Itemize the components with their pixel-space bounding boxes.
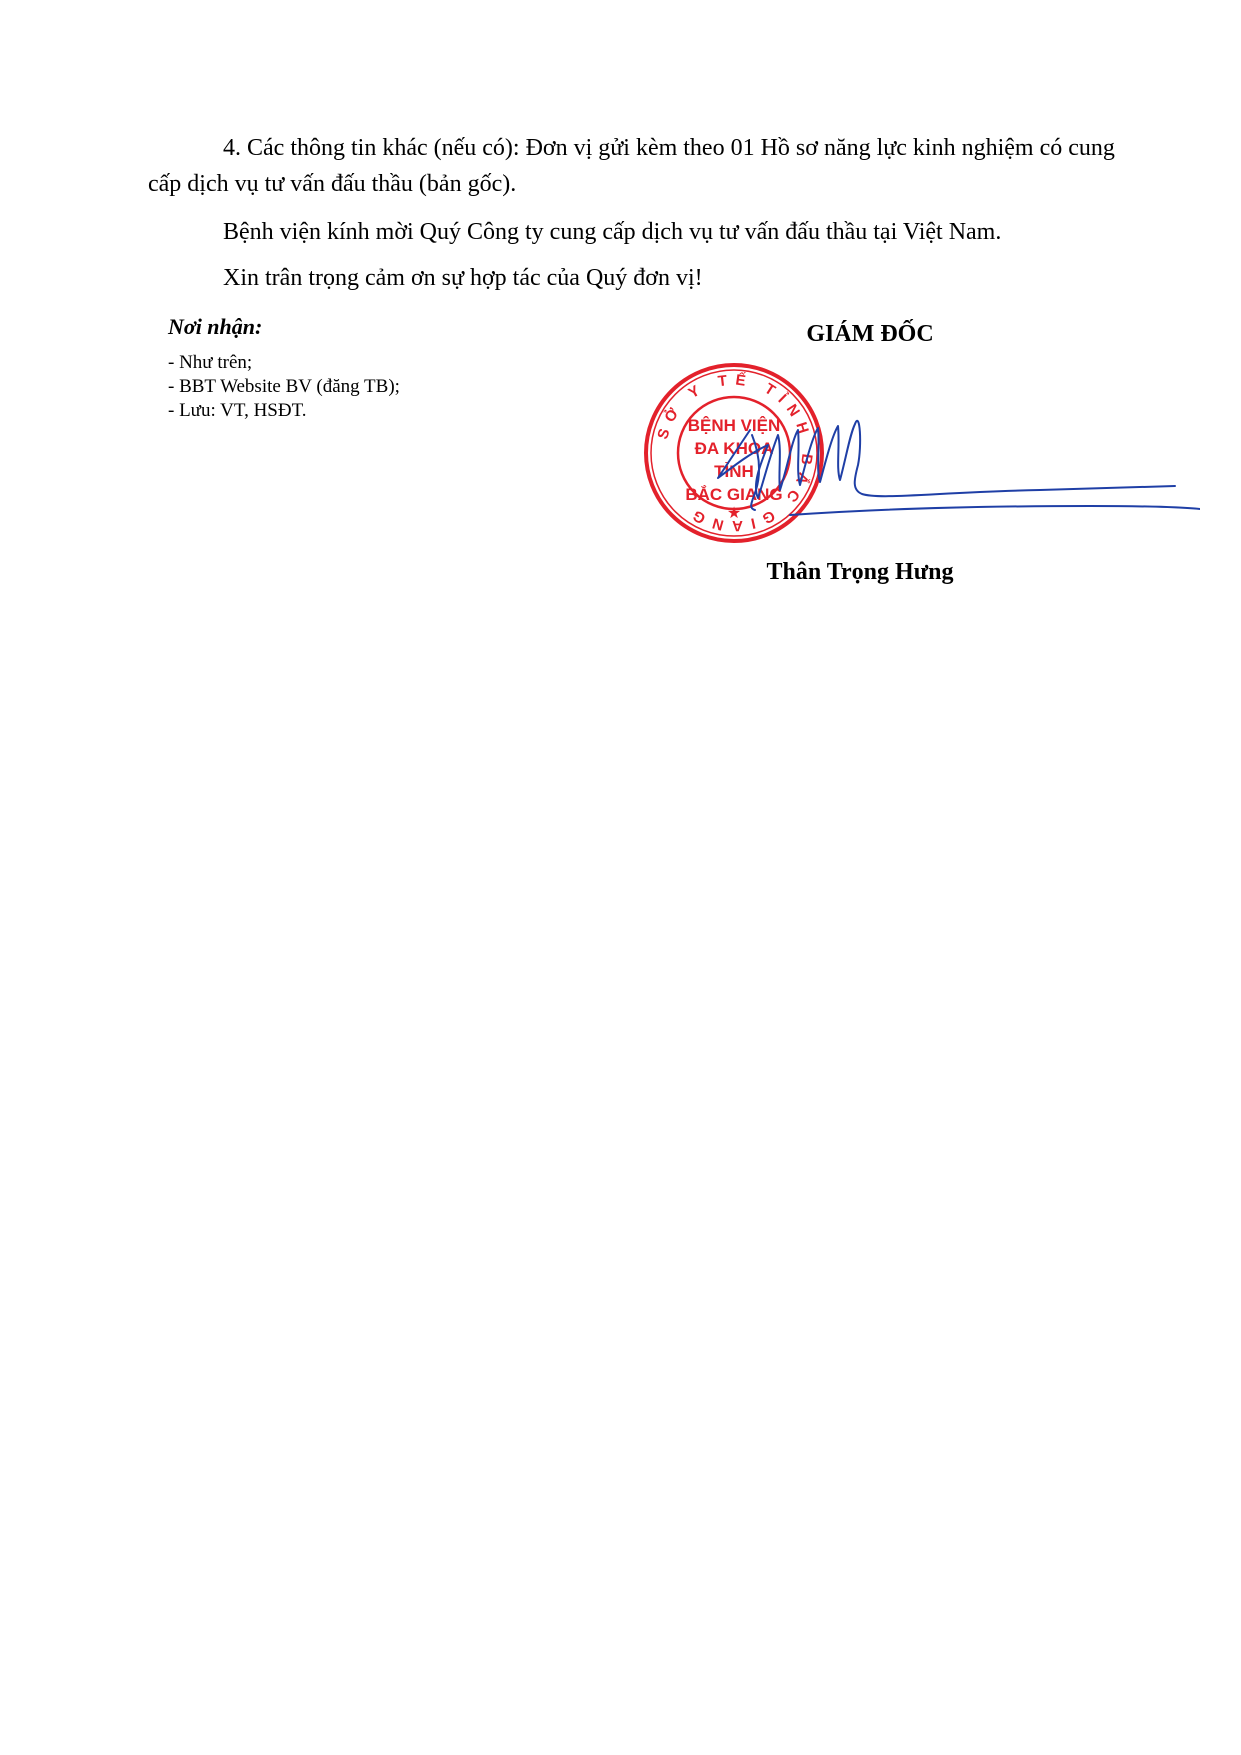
paragraph-thanks: Xin trân trọng cảm ơn sự hợp tác của Quý… [148,260,1128,296]
recipient-item: - Như trên; [168,351,588,375]
paragraph-other-info: 4. Các thông tin khác (nếu có): Đơn vị g… [148,130,1128,202]
handwritten-signature-icon [640,390,1200,550]
recipient-item: - BBT Website BV (đăng TB); [168,375,588,399]
recipient-item: - Lưu: VT, HSĐT. [168,399,588,423]
recipients-list: - Như trên; - BBT Website BV (đăng TB); … [168,351,588,423]
recipients-title: Nơi nhận: [168,313,588,341]
signer-title: GIÁM ĐỐC [700,318,1040,350]
recipients-block: Nơi nhận: - Như trên; - BBT Website BV (… [168,313,588,423]
signer-name: Thân Trọng Hưng [690,556,1030,588]
paragraph-invitation: Bệnh viện kính mời Quý Công ty cung cấp … [148,214,1128,250]
